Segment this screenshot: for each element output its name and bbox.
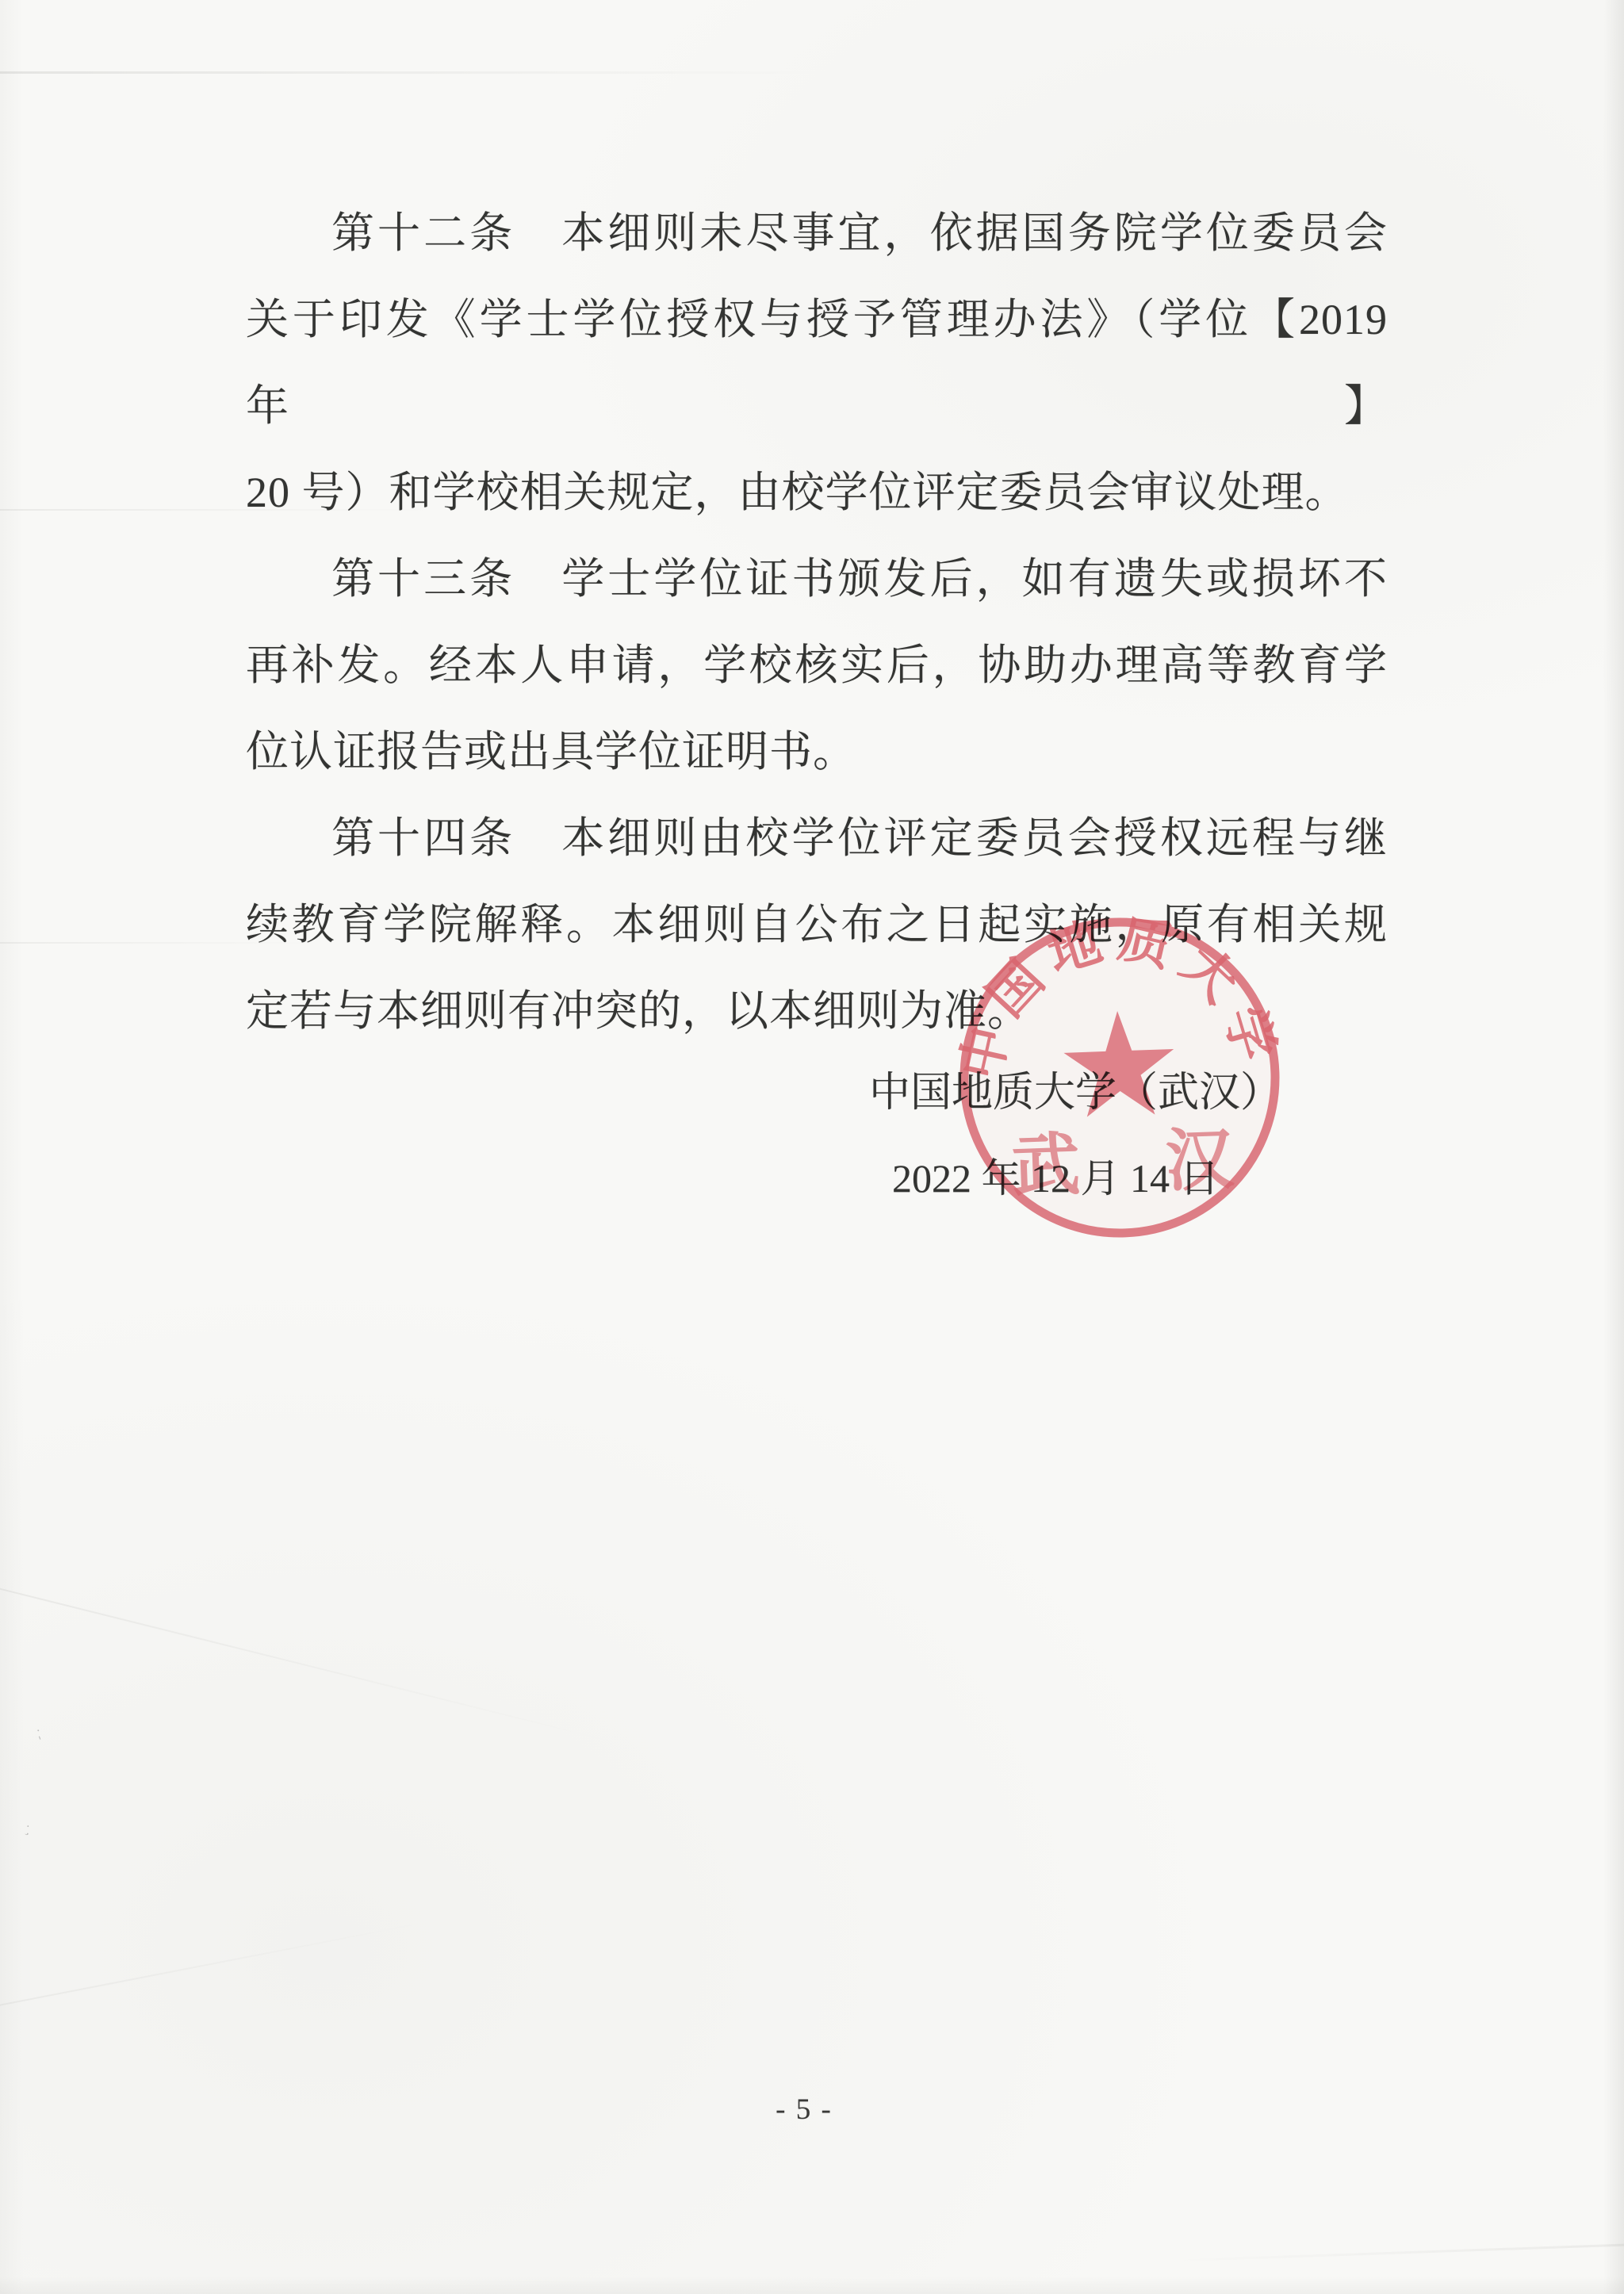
article-paragraph-12: 第十二条 本细则未尽事宜，依据国务院学位委员会 关于印发《学士学位授权与授予管理… — [246, 190, 1388, 536]
scan-smudge: ·- — [30, 1726, 48, 1745]
scanned-document-page: ·- ·, 第十二条 本细则未尽事宜，依据国务院学位委员会 关于印发《学士学位授… — [0, 0, 1624, 2294]
seal-inner-label: 武汉 — [1010, 1118, 1289, 1204]
body-line: 第十四条 本细则由校学位评定委员会授权远程与继 — [246, 795, 1388, 882]
body-line: 关于印发《学士学位授权与授予管理办法》（学位【2019 年】 — [246, 277, 1388, 450]
page-number: - 5 - — [0, 2092, 1608, 2128]
body-line: 再补发。经本人申请，学校核实后，协助办理高等教育学 — [246, 622, 1388, 709]
paper-crease — [0, 1579, 656, 1753]
paper-crease — [0, 1917, 447, 2017]
body-line: 第十三条 学士学位证书颁发后，如有遗失或损坏不 — [246, 536, 1388, 622]
body-line: 位认证报告或出具学位证明书。 — [246, 709, 1388, 795]
article-paragraph-13: 第十三条 学士学位证书颁发后，如有遗失或损坏不 再补发。经本人申请，学校核实后，… — [246, 536, 1388, 795]
scan-smudge: ·, — [20, 1821, 39, 1840]
official-seal: 中国地质大学 武汉 — [950, 908, 1289, 1247]
paper-crease — [0, 71, 910, 74]
body-line: 第十二条 本细则未尽事宜，依据国务院学位委员会 — [246, 190, 1388, 277]
paper-crease — [1110, 2242, 1624, 2264]
body-line: 20 号）和学校相关规定，由校学位评定委员会审议处理。 — [246, 450, 1388, 536]
